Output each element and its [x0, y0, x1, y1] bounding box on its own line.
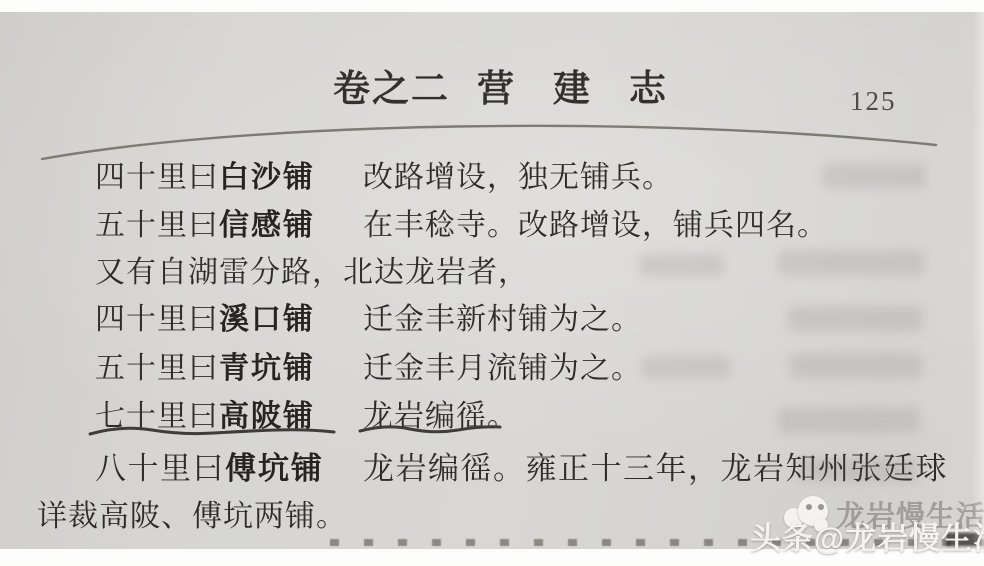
- station-name: 五十里曰青坑铺: [95, 349, 363, 389]
- station-name: 八十里曰傅坑铺: [95, 449, 363, 489]
- chapter-title-char: 志: [629, 58, 668, 112]
- book-page-photo: 卷之二营建志 125 四十里曰白沙铺改路增设，独无铺兵。 五十里曰信感铺在丰稔寺…: [0, 0, 984, 566]
- station-name: 七十里曰高陂铺: [95, 397, 363, 437]
- station-desc: 迁金丰月流铺为之。: [363, 349, 642, 389]
- bleed-through-smudge: [778, 408, 920, 433]
- bleed-through-smudge: [778, 250, 924, 275]
- bleed-through-smudge: [822, 164, 926, 188]
- station-desc: 龙岩编徭。: [363, 397, 518, 437]
- bleed-through-smudge: [790, 353, 922, 378]
- bleed-through-smudge: [642, 356, 730, 378]
- entry-row: 四十里曰白沙铺改路增设，独无铺兵。: [95, 158, 673, 198]
- page-surface: 卷之二营建志 125 四十里曰白沙铺改路增设，独无铺兵。 五十里曰信感铺在丰稔寺…: [0, 12, 984, 549]
- chapter-title-char: 建: [553, 58, 592, 112]
- station-name: 五十里曰信感铺: [95, 206, 363, 246]
- continuation-line: 又有自湖雷分路，北达龙岩者，: [95, 253, 529, 293]
- continuation-line: 详裁高陂、傅坑两铺。: [37, 497, 347, 537]
- station-name: 四十里曰溪口铺: [95, 300, 363, 340]
- station-desc: 龙岩编徭。雍正十三年，龙岩知州张廷球: [363, 449, 948, 489]
- entry-row: 五十里曰青坑铺迁金丰月流铺为之。: [95, 349, 642, 389]
- station-name: 四十里曰白沙铺: [95, 158, 363, 198]
- entry-row: 四十里曰溪口铺迁金丰新村铺为之。: [95, 300, 642, 340]
- watermark-text: 头条@龙岩慢生活: [750, 513, 984, 558]
- station-desc: 改路增设，独无铺兵。: [363, 158, 673, 198]
- chapter-title-volume: 卷之二: [333, 58, 450, 112]
- station-desc: 在丰稔寺。改路增设，铺兵四名。: [363, 206, 828, 246]
- station-desc: 迁金丰新村铺为之。: [363, 300, 642, 340]
- header-rule: [0, 104, 984, 166]
- bleed-through-smudge: [640, 254, 724, 276]
- chapter-title-char: 营: [477, 58, 516, 112]
- chapter-title: 卷之二营建志: [333, 58, 668, 112]
- entry-row: 五十里曰信感铺在丰稔寺。改路增设，铺兵四名。: [95, 206, 828, 246]
- bleed-through-smudge: [788, 306, 922, 331]
- page-number: 125: [850, 86, 897, 117]
- logo-eye-dot: [806, 504, 812, 510]
- entry-row-underlined: 七十里曰高陂铺龙岩编徭。: [95, 397, 518, 437]
- entry-row: 八十里曰傅坑铺龙岩编徭。雍正十三年，龙岩知州张廷球: [95, 449, 948, 489]
- logo-eye-dot: [818, 504, 824, 510]
